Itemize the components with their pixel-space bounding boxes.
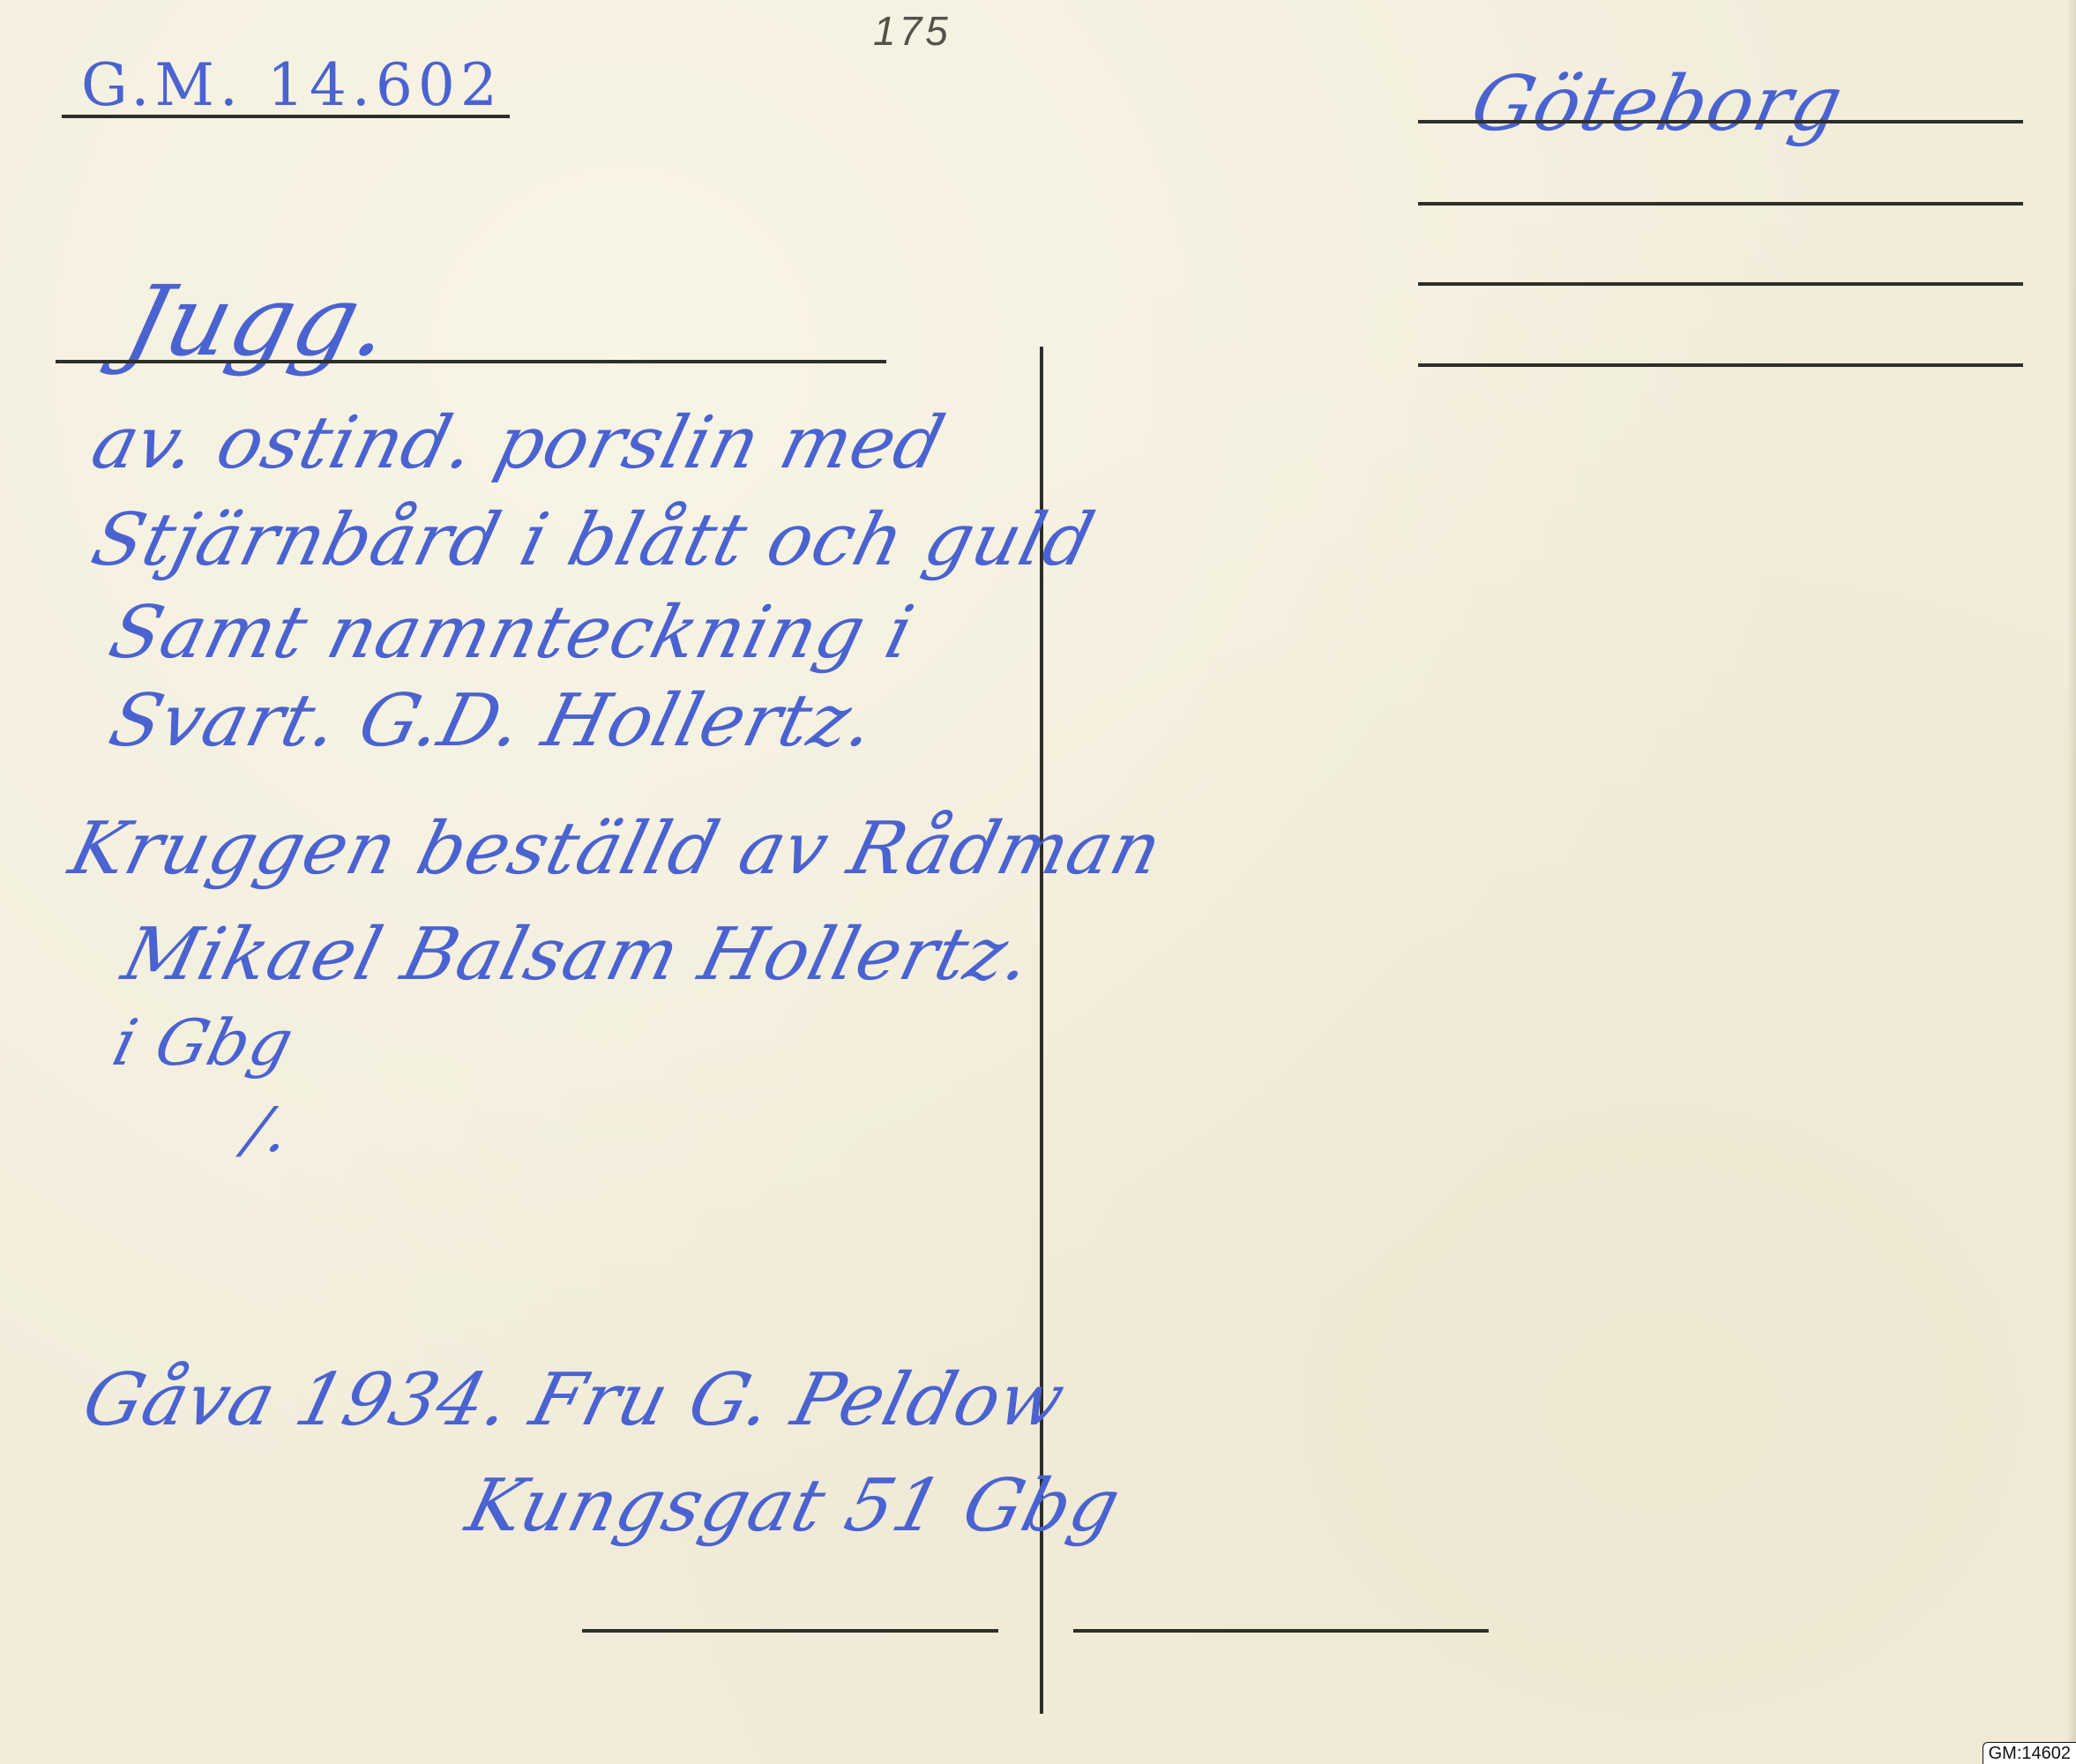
archive-id-stamp: GM:14602 [1983,1742,2076,1764]
card-edge-shadow [2067,0,2076,1764]
object-name-rule [56,360,886,363]
place-name: Göteborg [1464,60,1850,148]
place-rule-3 [1418,282,2023,286]
donation-line-1: Gåva 1934. Fru G. Peldow [75,1358,1073,1442]
place-rule-2 [1418,202,2023,206]
page-number: 175 [873,7,952,55]
closing-mark: /. [238,1094,298,1166]
signature-rule-left [582,1629,998,1633]
donation-line-2: Kungsgat 51 Gbg [459,1464,1129,1548]
provenance-line-3: i Gbg [106,1005,302,1080]
inventory-number: G.M. 14.602 [81,51,503,119]
description-line-1: av. ostind. porslin med [84,401,953,485]
place-rule-4 [1418,363,2023,367]
place-rule-1 [1418,120,2023,123]
provenance-line-1: Kruggen beställd av Rådman [62,807,1170,891]
description-line-2: Stjärnbård i blått och guld [84,498,1102,582]
description-line-4: Svart. G.D. Hollertz. [101,679,884,763]
provenance-line-2: Mikael Balsam Hollertz. [115,913,1041,997]
inventory-number-rule [62,115,510,118]
description-line-3: Samt namnteckning i [101,591,922,675]
signature-rule-right [1073,1629,1489,1633]
